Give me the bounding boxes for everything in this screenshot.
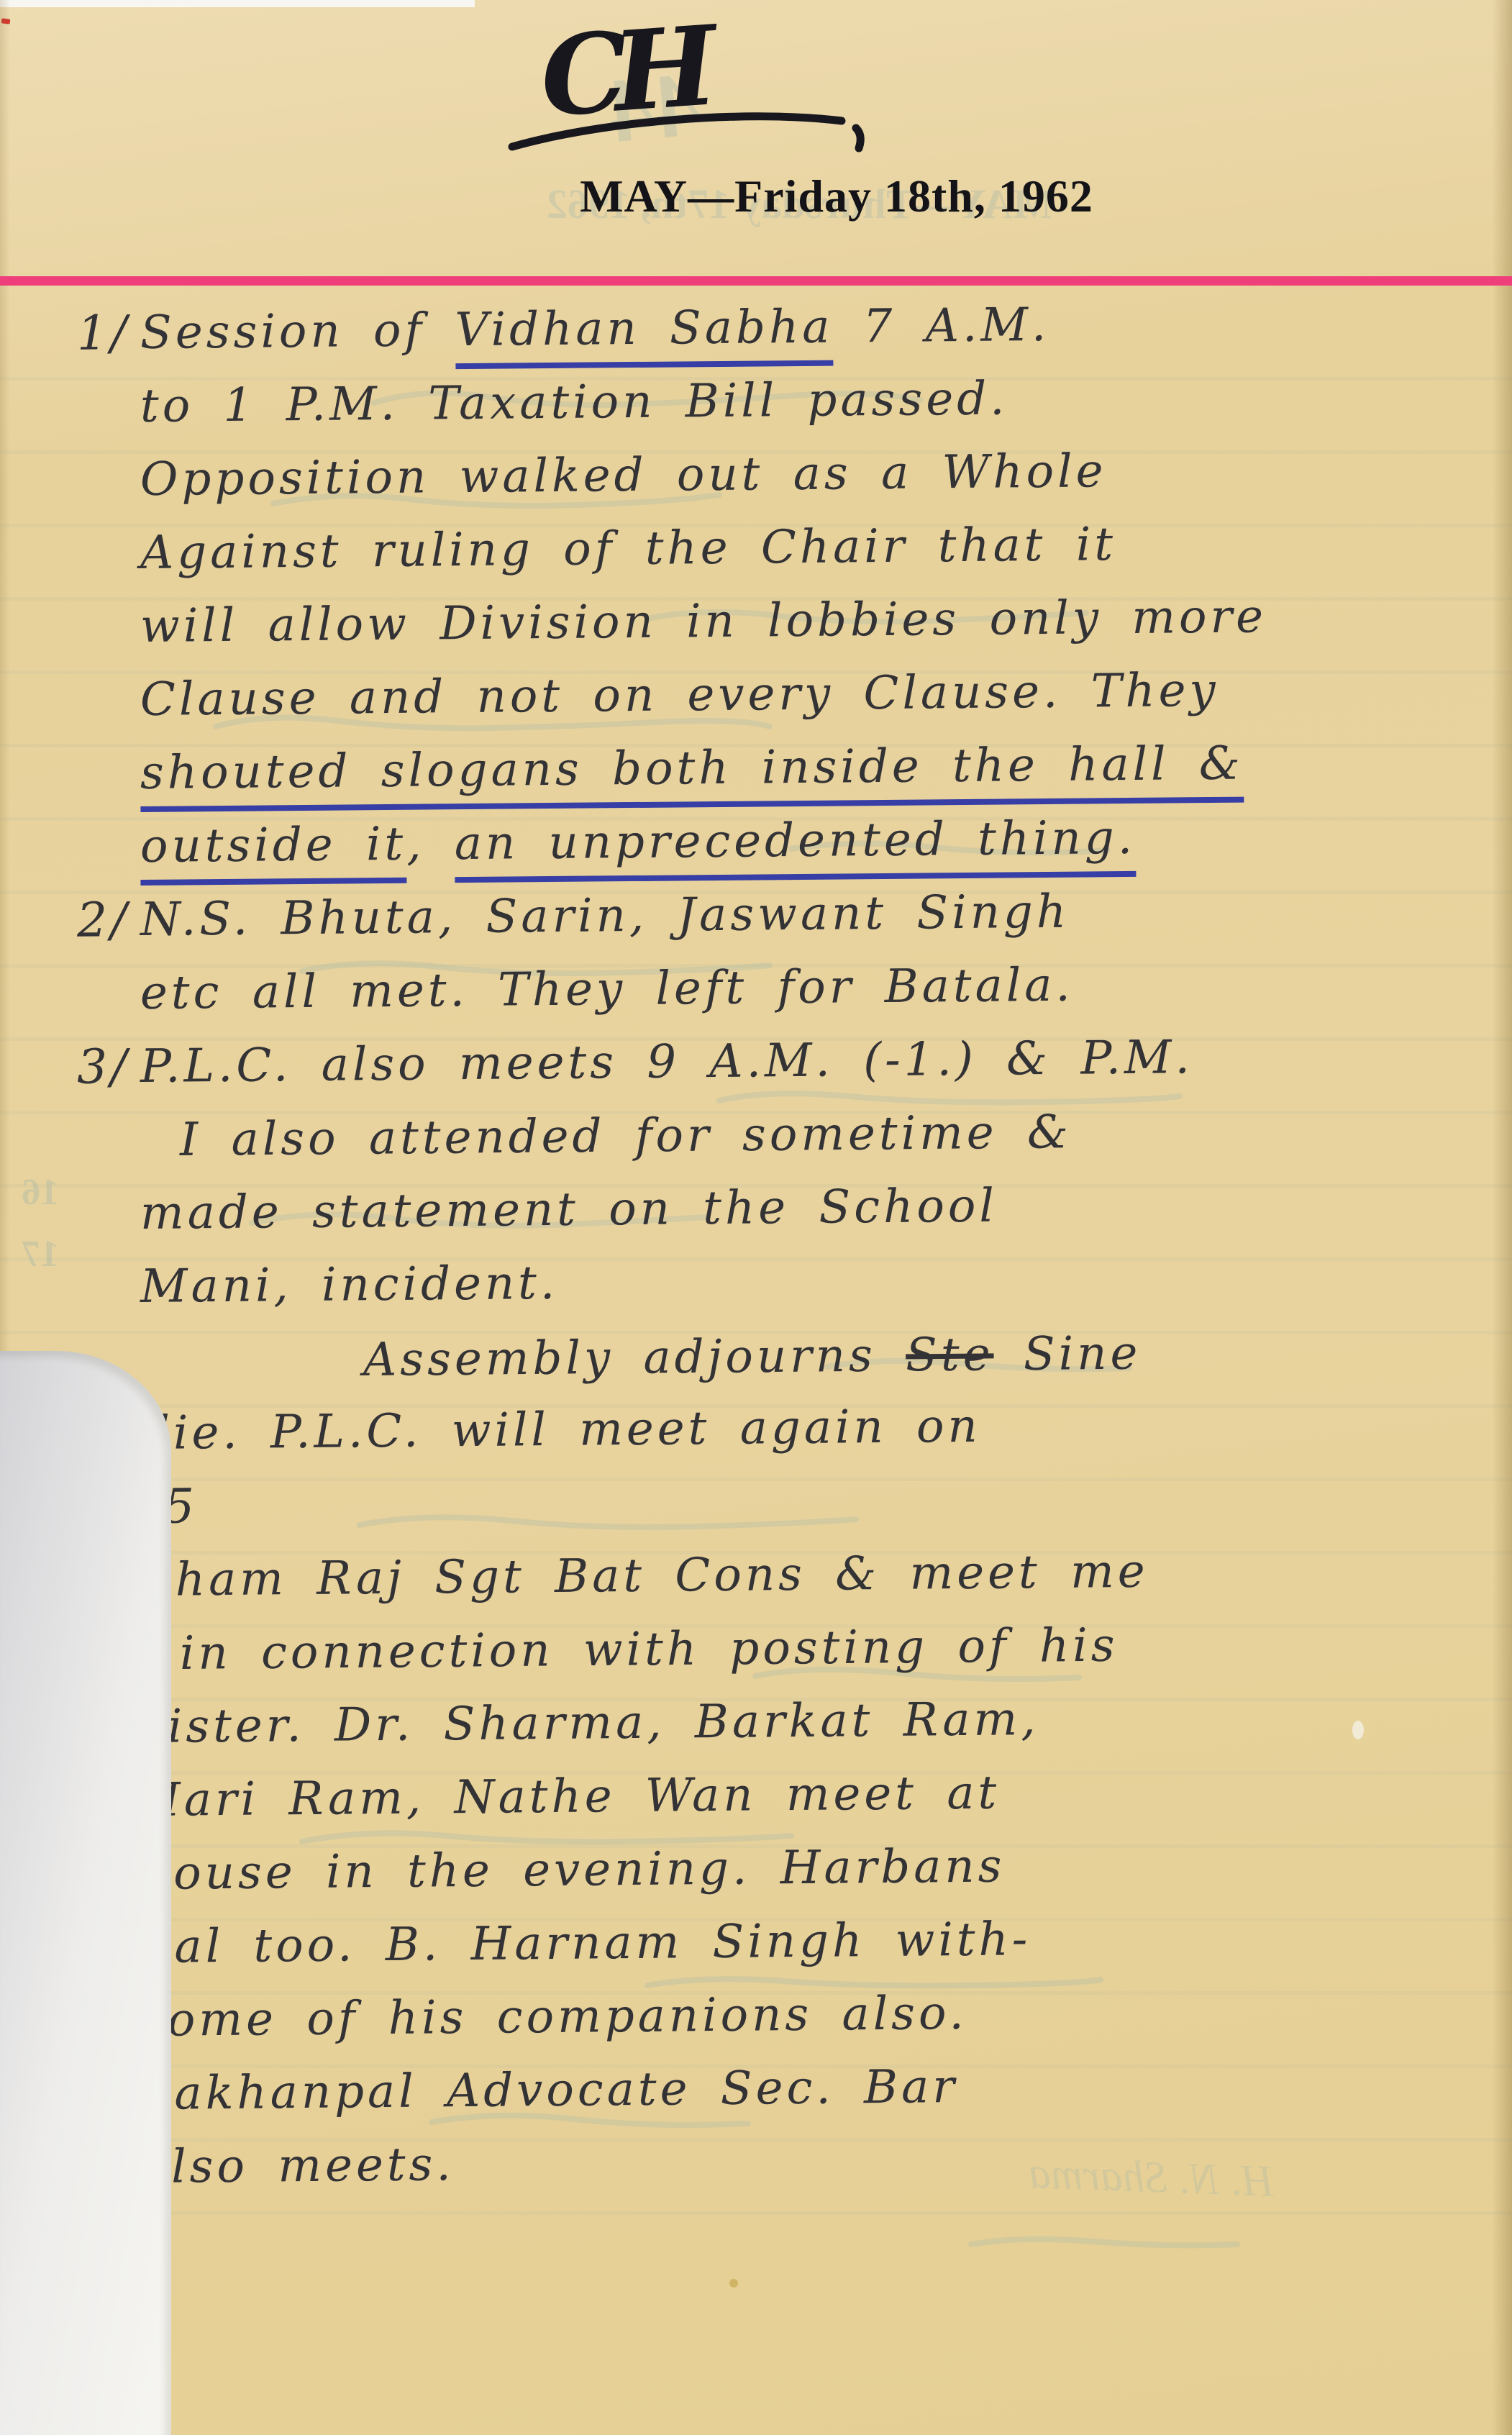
paper-fleck	[1352, 1721, 1364, 1739]
monogram-underline-flourish	[502, 99, 891, 171]
entry-line: will allow Division in lobbies only more	[140, 578, 1472, 663]
entry-line: Assembly adjourns Ste Sine	[363, 1314, 1472, 1397]
handwritten-text: die. P.L.C. will meet again on	[140, 1400, 981, 1460]
entry-line: Opposition walked out as a Whole	[140, 432, 1472, 516]
entry-line: die. P.L.C. will meet again on	[140, 1385, 1472, 1470]
underlined-text: Vidhan Sabha	[455, 301, 834, 370]
handwritten-text: Against ruling of the Chair that it	[140, 518, 1117, 580]
handwritten-text: Sine	[993, 1327, 1141, 1382]
handwritten-text: to 1 P.M. Taxation Bill passed.	[140, 372, 1008, 433]
handwritten-text: made statement on the School	[140, 1180, 998, 1240]
entry-line: some of his companions also.	[140, 1972, 1472, 2057]
underlined-text: shouted slogans both inside the hall &	[140, 737, 1244, 812]
handwritten-text: Hari Ram, Nathe Wan meet at	[140, 1767, 1001, 1827]
handwritten-text: Assembly adjourns	[363, 1329, 906, 1387]
entry-line: Against ruling of the Chair that it	[140, 505, 1472, 590]
ghost-page-number: 16	[22, 1171, 59, 1214]
entry-line: 23/5	[140, 1459, 1472, 1544]
struck-text: Ste	[906, 1328, 994, 1382]
entry-line: Hari Ram, Nathe Wan meet at	[140, 1752, 1472, 1837]
handwritten-text: Session of	[140, 304, 455, 360]
paper-stain	[729, 2279, 738, 2288]
entry-item-number: 2/	[77, 883, 131, 957]
handwritten-text: in connection with posting of his	[180, 1619, 1119, 1680]
ghost-page-number: 17	[22, 1233, 59, 1275]
entry-line: in connection with posting of his	[180, 1606, 1472, 1690]
entry-item-number: 1/	[77, 296, 131, 370]
entry-line: to 1 P.M. Taxation Bill passed.	[140, 358, 1472, 443]
entry-line: Clause and not on every Clause. They	[140, 652, 1472, 737]
entry-line: Mani, incident.	[140, 1239, 1472, 1324]
handwritten-text: also meets.	[140, 2138, 455, 2194]
handwritten-text: Sham Raj Sgt Bat Cons & meet me	[140, 1545, 1149, 1607]
handwritten-text: N.S. Bhuta, Sarin, Jaswant Singh	[140, 886, 1070, 947]
entry-line: 2/N.S. Bhuta, Sarin, Jaswant Singh	[140, 872, 1472, 957]
handwritten-text: ,	[406, 817, 455, 871]
entry-line: Lal too. B. Harnam Singh with-	[140, 1899, 1472, 1984]
entry-line: 1/Session of Vidhan Sabha 7 A.M.	[140, 285, 1472, 370]
handwritten-text: Lakhanpal Advocate Sec. Bar	[140, 2060, 958, 2121]
handwritten-text: I also attended for sometime &	[180, 1106, 1072, 1167]
entry-line: etc all met. They left for Batala.	[140, 945, 1472, 1030]
handwritten-text: Mani, incident.	[140, 1257, 559, 1314]
handwritten-text: house in the evening. Harbans	[140, 1840, 1006, 1901]
entry-lines: 1/Session of Vidhan Sabha 7 A.M.to 1 P.M…	[140, 296, 1471, 2204]
handwritten-text: etc all met. They left for Batala.	[140, 959, 1074, 1020]
handwritten-text: Clause and not on every Clause. They	[140, 664, 1219, 727]
handwritten-text: will allow Division in lobbies only more	[140, 590, 1267, 653]
entry-line: house in the evening. Harbans	[140, 1826, 1472, 1911]
entry-line: outside it, an unprecedented thing.	[140, 798, 1472, 883]
entry-line: Lakhanpal Advocate Sec. Bar	[140, 2046, 1472, 2131]
entry-line: shouted slogans both inside the hall &	[140, 725, 1472, 810]
entry-line: 4/Sham Raj Sgt Bat Cons & meet me	[140, 1532, 1472, 1617]
scanner-edge	[0, 0, 475, 7]
handwritten-text: some of his companions also.	[140, 1987, 967, 2047]
handwritten-text: Lal too. B. Harnam Singh with-	[140, 1913, 1031, 1974]
handwritten-text: sister. Dr. Sharma, Barkat Ram,	[140, 1693, 1039, 1754]
date-heading: MAY—Friday 18th, 1962	[580, 170, 1093, 223]
underpage-corner	[0, 1351, 171, 2435]
entry-line: also meets.	[140, 2119, 1472, 2204]
entry-item-number: 3/	[77, 1030, 131, 1104]
entry-line: sister. Dr. Sharma, Barkat Ram,	[140, 1679, 1472, 1764]
pink-rule	[0, 276, 1512, 286]
handwritten-text: 7 A.M.	[833, 299, 1049, 354]
underlined-text: an unprecedented thing.	[455, 811, 1137, 883]
date-row: MAY—Friday 18th, 1962	[0, 170, 1512, 223]
entry-line: I also attended for sometime &	[180, 1092, 1472, 1177]
page-edge-shadow-right	[1492, 0, 1512, 2435]
underlined-text: outside it	[140, 818, 407, 886]
diary-page: 44 CH MAY—Thursday 17th, 1962 MAY—Friday…	[0, 0, 1512, 2435]
entry-line: made statement on the School	[140, 1165, 1472, 1250]
handwritten-text: Opposition walked out as a Whole	[140, 445, 1107, 506]
entry-line: 3/P.L.C. also meets 9 A.M. (-1.) & P.M.	[140, 1019, 1472, 1103]
handwritten-text: P.L.C. also meets 9 A.M. (-1.) & P.M.	[140, 1031, 1193, 1093]
